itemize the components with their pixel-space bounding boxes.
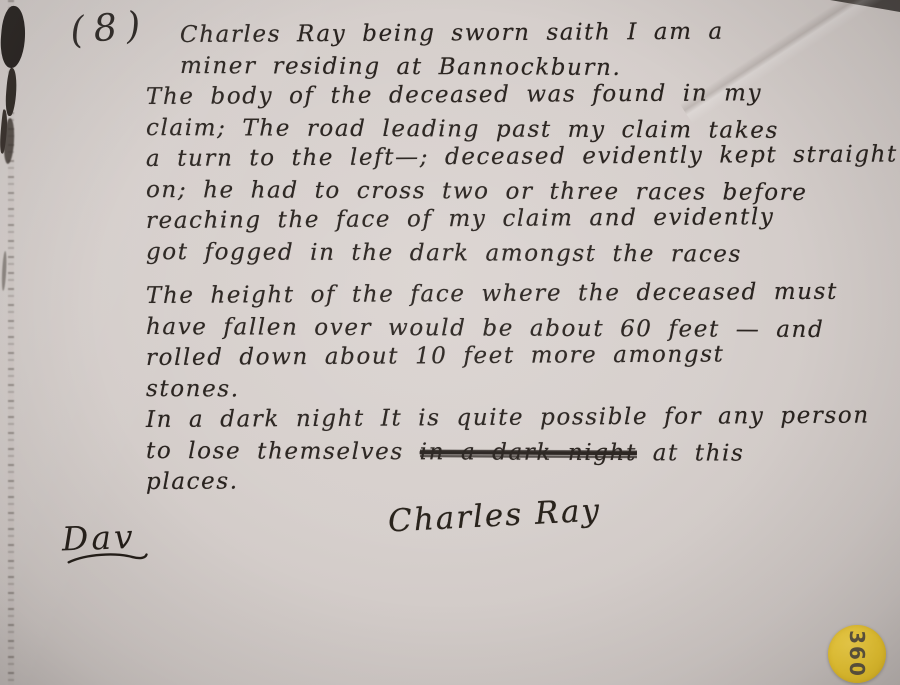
handwriting-segment: a turn to the left—; deceased evidently …	[146, 141, 898, 172]
handwriting-line: a turn to the left—; deceased evidently …	[146, 139, 886, 175]
scanned-deposition-page: (8) Charles Ray being sworn saith I am a…	[0, 0, 900, 685]
handwriting-line: Charles Ray being sworn saith I am a	[180, 16, 886, 51]
deposition-text: Charles Ray being sworn saith I am amine…	[146, 20, 886, 498]
handwriting-segment: got fogged in the dark amongst the races	[146, 239, 742, 268]
handwriting-segment: The height of the face where the decease…	[146, 279, 838, 309]
handwriting-segment: on; he had to cross two or three races b…	[146, 177, 808, 206]
handwriting-line: reaching the face of my claim and eviden…	[146, 201, 886, 237]
handwriting-segment: Charles Ray being sworn saith I am a	[180, 19, 724, 48]
handwriting-segment: places.	[146, 468, 239, 495]
archive-number-sticker: 360	[828, 625, 886, 683]
struck-text: in a dark night	[420, 439, 637, 466]
handwriting-segment: stones.	[146, 376, 240, 402]
handwriting-line: got fogged in the dark amongst the races	[146, 237, 886, 271]
ink-smudge-top-left	[0, 5, 28, 69]
handwriting-line: In a dark night It is quite possible for…	[146, 400, 886, 436]
handwriting-line: The body of the deceased was found in my	[146, 77, 886, 113]
handwriting-line: places.	[146, 462, 886, 498]
clerk-initials-text: Dav	[61, 517, 136, 559]
handwriting-segment: In a dark night It is quite possible for…	[146, 403, 870, 433]
archive-number: 360	[845, 630, 869, 678]
handwriting-segment: reaching the face of my claim and eviden…	[146, 204, 775, 234]
handwriting-segment: rolled down about 10 feet more amongst	[146, 341, 725, 371]
photo-corner-shadow	[830, 0, 900, 12]
binding-edge-marks	[8, 0, 14, 685]
page-number: (8)	[68, 3, 151, 53]
handwriting-segment: to lose themselves	[146, 438, 420, 465]
handwriting-line: rolled down about 10 feet more amongst	[146, 338, 886, 374]
handwriting-line: The height of the face where the decease…	[146, 276, 886, 312]
handwriting-segment: miner residing at Bannockburn.	[180, 53, 622, 81]
witness-signature: Charles Ray	[387, 492, 602, 539]
clerk-initials: Dav	[61, 517, 149, 567]
handwriting-segment: claim; The road leading past my claim ta…	[146, 115, 779, 144]
handwriting-segment: The body of the deceased was found in my	[146, 80, 762, 110]
